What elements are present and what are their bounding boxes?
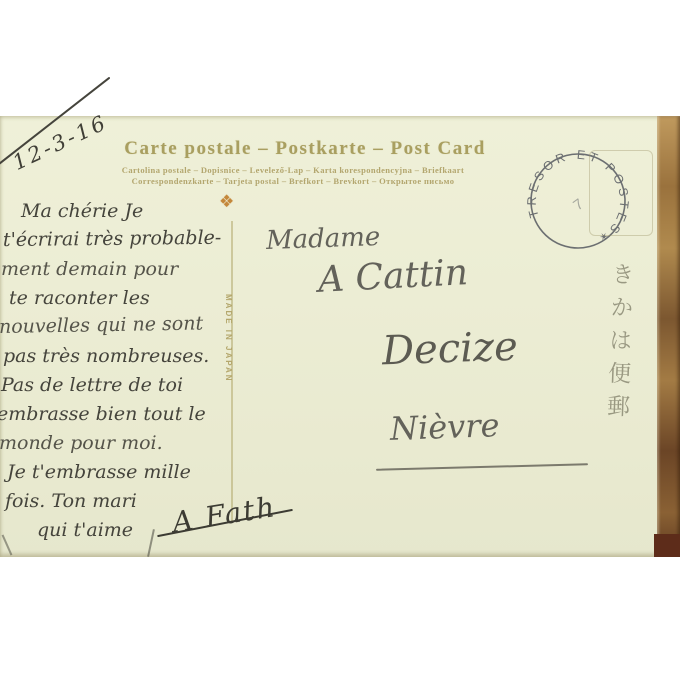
languages-line-2: Correspondenzkarte – Tarjeta postal – Br… [28, 176, 558, 187]
languages-lines: Cartolina postale – Dopisnice – Levelező… [28, 165, 558, 186]
card-title: Carte postale – Postkarte – Post Card [90, 138, 520, 160]
stamp-box [589, 150, 653, 236]
message-block: Ma chérie Je t'écrirai très probable- me… [3, 197, 243, 545]
message-line: Je t'embrasse mille [7, 458, 243, 487]
japanese-postcard-label: きかは便郵 [599, 261, 638, 437]
message-line: Ma chérie Je [21, 197, 243, 226]
card-edge-corner [654, 534, 680, 557]
message-line: ment demain pour [1, 255, 243, 284]
message-line: nouvelles qui ne sont [0, 309, 243, 342]
address-line-city: Decize [381, 324, 518, 375]
postcard-scan: Carte postale – Postkarte – Post Card Ca… [0, 0, 680, 680]
address-line-madame: Madame [266, 222, 381, 256]
address-line-department: Nièvre [389, 406, 500, 448]
address-line-name: A Cattin [317, 252, 469, 301]
postmark-number: 7 [570, 196, 587, 215]
message-line: Pas de lettre de toi [1, 371, 243, 400]
message-line: embrasse bien tout le [0, 400, 243, 429]
card-right-edge [657, 116, 680, 557]
message-line: pas très nombreuses. [3, 342, 243, 371]
message-line: monde pour moi. [0, 429, 243, 458]
languages-line-1: Cartolina postale – Dopisnice – Levelező… [28, 165, 558, 176]
message-line: t'écrirai très probable- [3, 223, 243, 255]
